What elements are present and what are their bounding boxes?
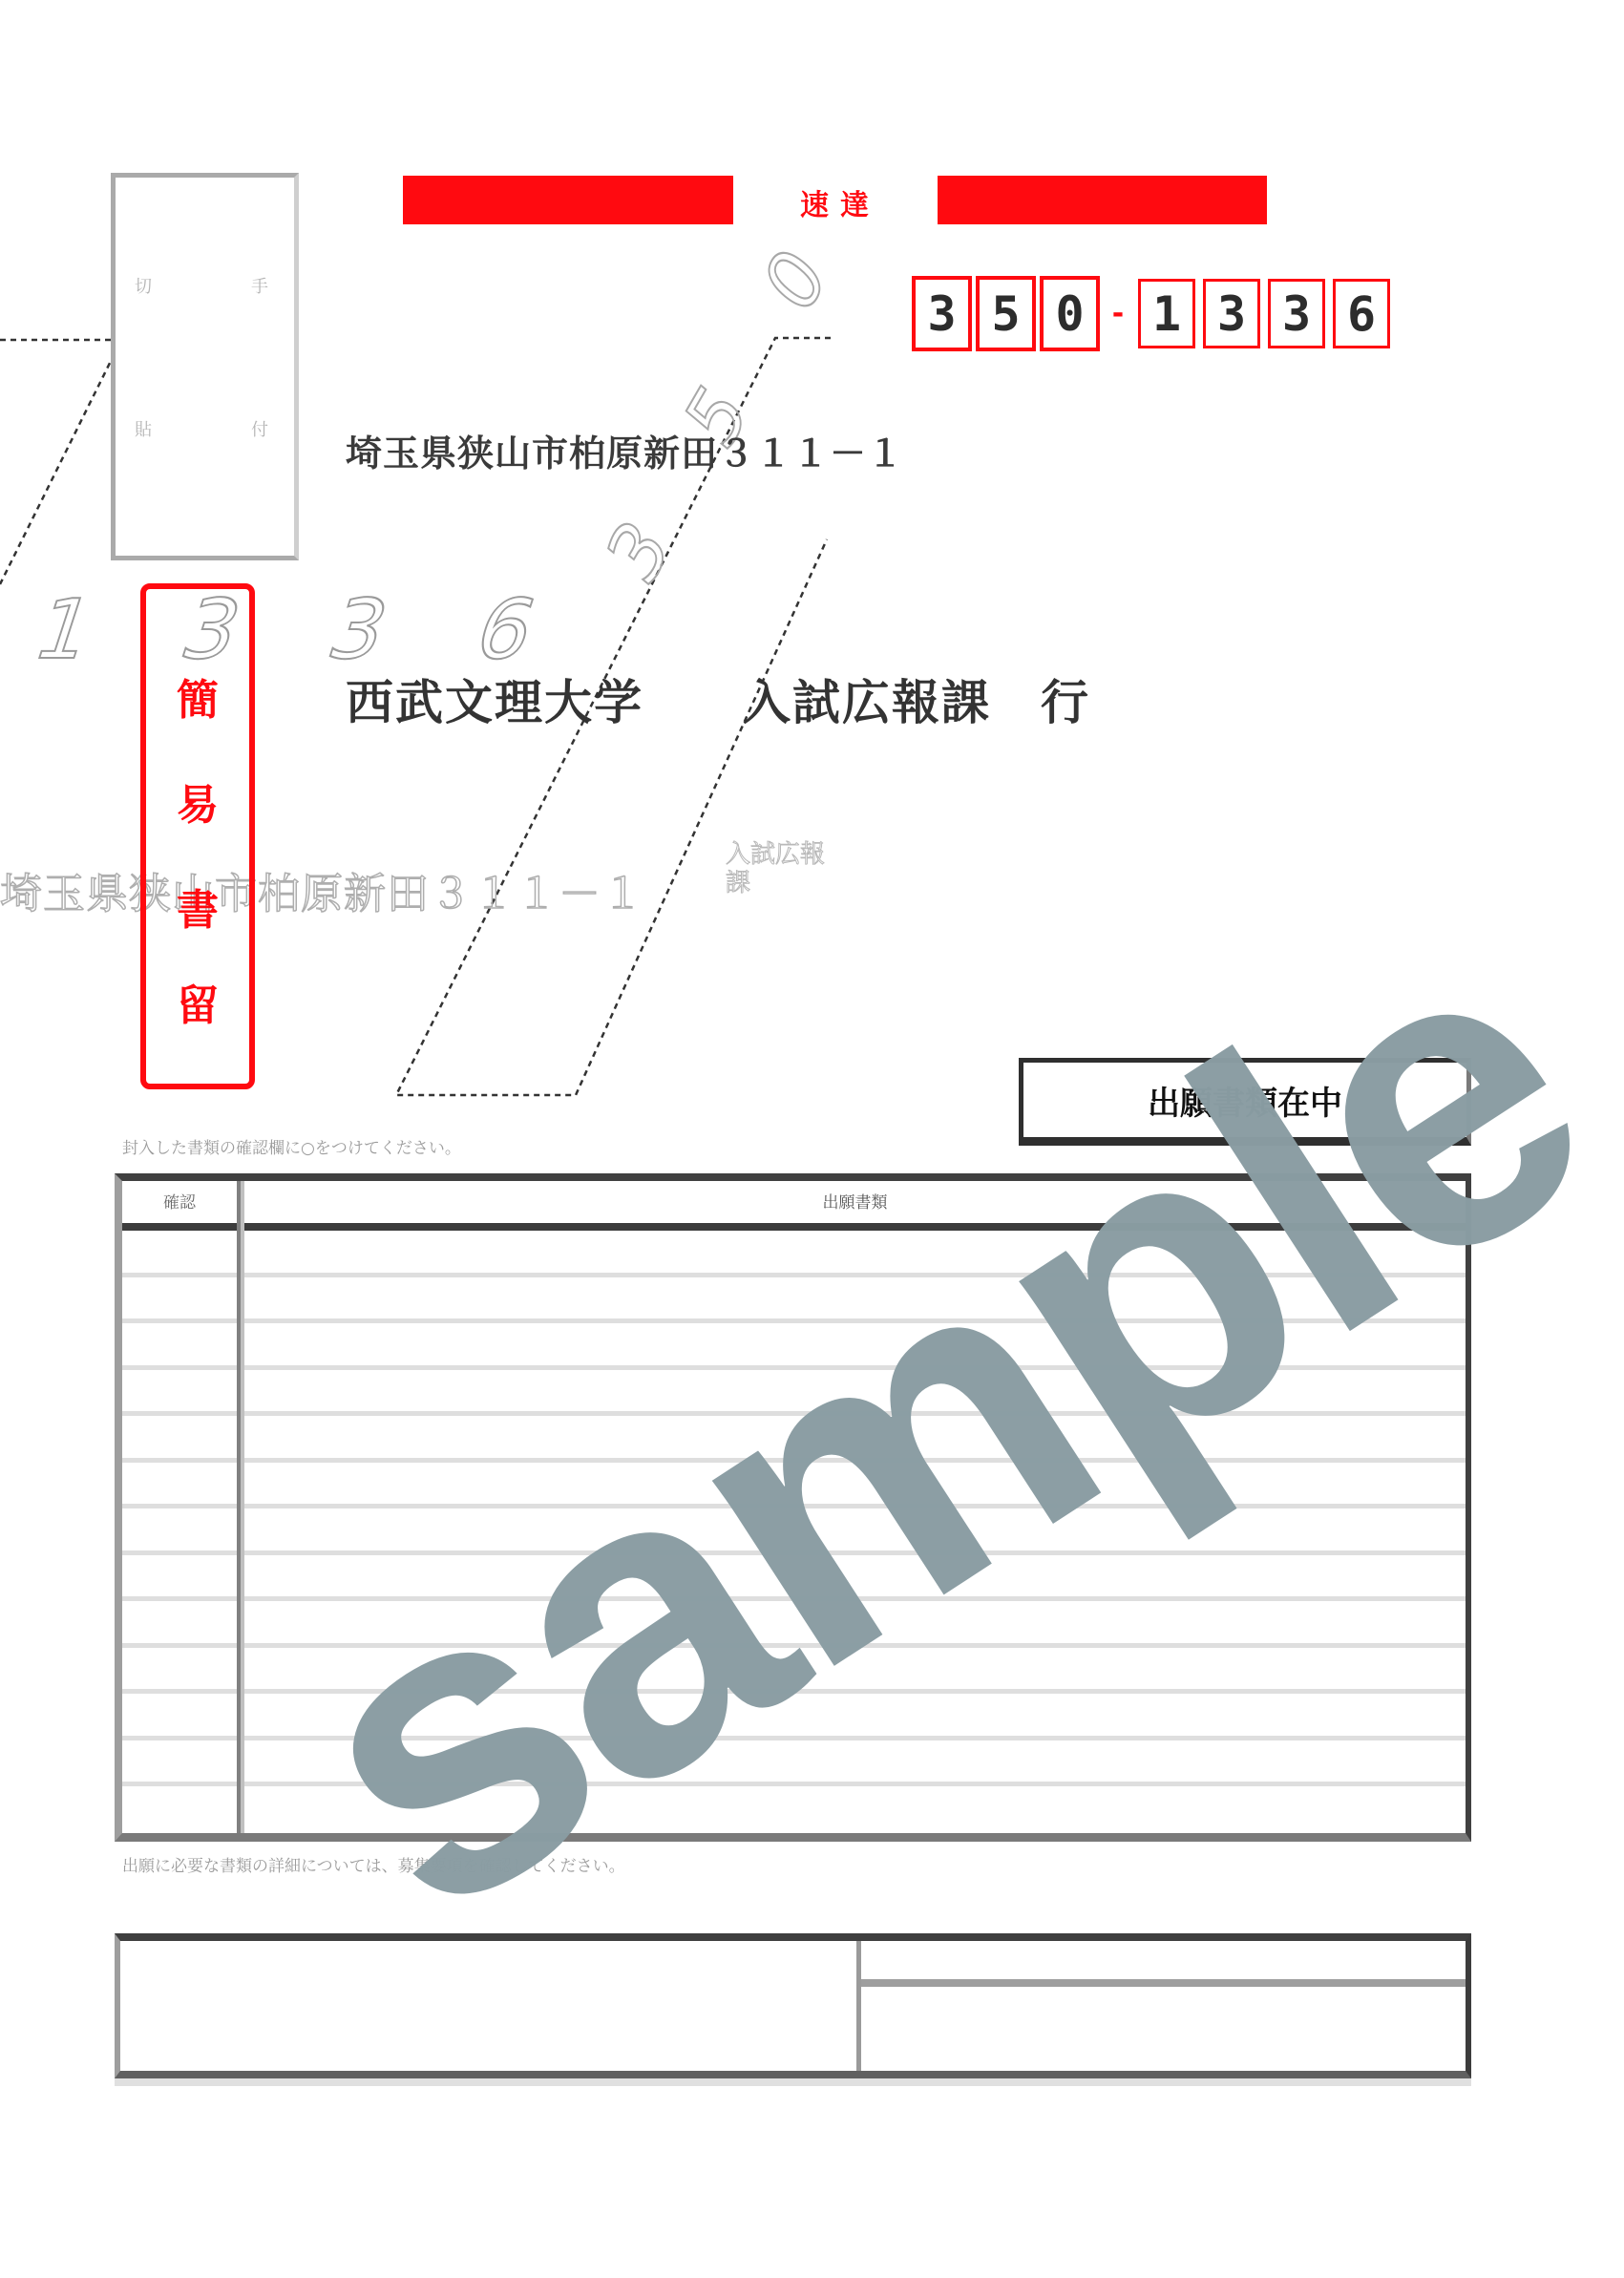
ghost-side-text: 入試広報課 bbox=[726, 840, 840, 897]
postal-digit: 3 bbox=[1203, 279, 1260, 348]
ghost-postal-code: 1 3 3 6 bbox=[23, 582, 581, 678]
stamp-char: 切 bbox=[135, 273, 152, 298]
table-row[interactable] bbox=[122, 1740, 1466, 1787]
express-bar-right bbox=[938, 176, 1267, 224]
table-row[interactable] bbox=[122, 1277, 1466, 1324]
sender-table-divider bbox=[856, 1941, 861, 2071]
table-row[interactable] bbox=[122, 1694, 1466, 1740]
table-row[interactable] bbox=[122, 1508, 1466, 1555]
postal-digit: 3 bbox=[1268, 279, 1325, 348]
documents-note: 出願に必要な書類の詳細については、募集要項を確認してください。 bbox=[122, 1852, 625, 1876]
table-row[interactable] bbox=[122, 1370, 1466, 1417]
header-check: 確認 bbox=[122, 1189, 237, 1213]
postal-digit: 6 bbox=[1333, 279, 1390, 348]
registered-mail-box: 簡 易 書 留 bbox=[140, 583, 255, 1089]
table-row[interactable] bbox=[122, 1601, 1466, 1648]
table-row[interactable] bbox=[122, 1463, 1466, 1509]
recipient-name: 西武文理大学 入試広報課 行 bbox=[346, 664, 1090, 733]
documents-enclosed-label: 出願書類在中 bbox=[1019, 1058, 1471, 1146]
header-documents: 出願書類 bbox=[244, 1189, 1466, 1213]
stamp-char: 貼 bbox=[135, 416, 152, 441]
postal-digit: 1 bbox=[1138, 279, 1195, 348]
postal-separator: - bbox=[1104, 297, 1132, 330]
table-row[interactable] bbox=[122, 1323, 1466, 1370]
ghost-address: 埼玉県狭山市柏原新田３１１－１ bbox=[0, 859, 644, 920]
registered-char: 簡 bbox=[146, 665, 249, 727]
registered-char: 易 bbox=[146, 770, 249, 832]
postal-digit: 3 bbox=[912, 276, 972, 351]
recipient-address: 埼玉県狭山市柏原新田３１１－１ bbox=[346, 424, 904, 476]
sender-table-row-divider bbox=[861, 1979, 1466, 1987]
postal-digit: 0 bbox=[1040, 276, 1100, 351]
express-bar-left bbox=[403, 176, 733, 224]
table-row[interactable] bbox=[122, 1555, 1466, 1602]
postal-digit: 5 bbox=[976, 276, 1036, 351]
postal-code: 3 5 0 - 1 3 3 6 bbox=[912, 273, 1398, 354]
sender-info-table bbox=[115, 1933, 1471, 2078]
checklist-instruction: 封入した書類の確認欄に○をつけてください。 bbox=[122, 1134, 461, 1158]
table-row[interactable] bbox=[122, 1648, 1466, 1695]
documents-checklist-table: 確認 出願書類 bbox=[115, 1173, 1471, 1842]
table-row[interactable] bbox=[122, 1416, 1466, 1463]
fold-guide-left bbox=[0, 340, 121, 584]
express-label: 速達 bbox=[792, 181, 888, 223]
registered-char: 留 bbox=[146, 971, 249, 1032]
column-divider bbox=[237, 1181, 244, 1833]
table-row[interactable] bbox=[122, 1231, 1466, 1277]
stamp-area: 切 手 貼 付 bbox=[111, 173, 299, 560]
table-row[interactable] bbox=[122, 1786, 1466, 1833]
registered-char: 書 bbox=[146, 875, 249, 937]
table-body bbox=[122, 1231, 1466, 1833]
stamp-char: 手 bbox=[251, 273, 268, 298]
stamp-char: 付 bbox=[251, 416, 268, 441]
table-header: 確認 出願書類 bbox=[122, 1181, 1466, 1231]
